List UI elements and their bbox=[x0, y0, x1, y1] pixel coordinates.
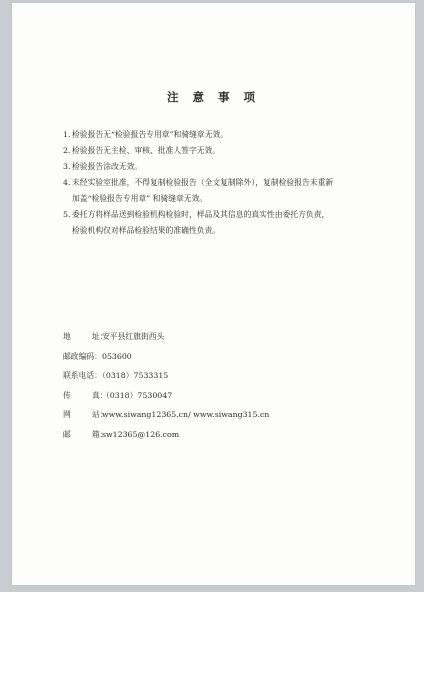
contact-email: 邮箱：sw12365@126.com bbox=[63, 425, 269, 445]
contact-label: 邮政编码： bbox=[63, 352, 102, 361]
page-title: 注 意 事 项 bbox=[12, 89, 415, 105]
notice-text: 检验报告涂改无效。 bbox=[72, 159, 383, 175]
notice-item-5: 5. 委托方将样品送到检验机构检验时，样品及其信息的真实性由委托方负责， 检验机… bbox=[63, 207, 383, 239]
contact-label: 邮箱： bbox=[63, 425, 102, 445]
contact-value: www.siwang12365.cn/ www.siwang315.cn bbox=[102, 410, 269, 419]
notice-list: 1. 检验报告无“检验报告专用章”和骑缝章无效。 2. 检验报告无主检、审核、批… bbox=[63, 127, 383, 239]
contact-info: 地址：安平县红旗街西头 邮政编码：053600 联系电话：（0318）75333… bbox=[63, 327, 269, 445]
contact-phone: 联系电话：（0318）7533315 bbox=[63, 366, 269, 386]
contact-postcode: 邮政编码：053600 bbox=[63, 347, 269, 367]
contact-fax: 传真：（0318）7530047 bbox=[63, 386, 269, 406]
contact-value: （0318）7533315 bbox=[102, 371, 168, 380]
contact-address: 地址：安平县红旗街西头 bbox=[63, 327, 269, 347]
notice-text-cont: 加盖“检验报告专用章” 和骑缝章无效。 bbox=[72, 191, 383, 207]
notice-text-cont: 检验机构仅对样品检验结果的准确性负责。 bbox=[72, 223, 383, 239]
notice-number: 1. bbox=[63, 127, 70, 143]
notice-item-3: 3. 检验报告涂改无效。 bbox=[63, 159, 383, 175]
contact-value: 安平县红旗街西头 bbox=[102, 332, 164, 341]
notice-text: 未经实验室批准，不得复制检验报告（全文复制除外），复制检验报告未重新 bbox=[72, 175, 383, 191]
notice-number: 3. bbox=[63, 159, 70, 175]
contact-value: （0318）7530047 bbox=[102, 391, 172, 400]
notice-item-4: 4. 未经实验室批准，不得复制检验报告（全文复制除外），复制检验报告未重新 加盖… bbox=[63, 175, 383, 207]
notice-text: 委托方将样品送到检验机构检验时，样品及其信息的真实性由委托方负责， bbox=[72, 207, 383, 223]
notice-text: 检验报告无“检验报告专用章”和骑缝章无效。 bbox=[72, 127, 383, 143]
contact-value: sw12365@126.com bbox=[102, 430, 179, 439]
notice-number: 2. bbox=[63, 143, 70, 159]
contact-label: 联系电话： bbox=[63, 371, 102, 380]
notice-item-2: 2. 检验报告无主检、审核、批准人签字无效。 bbox=[63, 143, 383, 159]
notice-text: 检验报告无主检、审核、批准人签字无效。 bbox=[72, 143, 383, 159]
notice-number: 5. bbox=[63, 207, 70, 223]
contact-label: 地址： bbox=[63, 327, 102, 347]
notice-number: 4. bbox=[63, 175, 70, 191]
document-page: 注 意 事 项 1. 检验报告无“检验报告专用章”和骑缝章无效。 2. 检验报告… bbox=[12, 3, 415, 585]
contact-label: 传真： bbox=[63, 386, 102, 406]
contact-value: 053600 bbox=[102, 352, 132, 361]
notice-item-1: 1. 检验报告无“检验报告专用章”和骑缝章无效。 bbox=[63, 127, 383, 143]
contact-label: 网站： bbox=[63, 405, 102, 425]
contact-website: 网站：www.siwang12365.cn/ www.siwang315.cn bbox=[63, 405, 269, 425]
